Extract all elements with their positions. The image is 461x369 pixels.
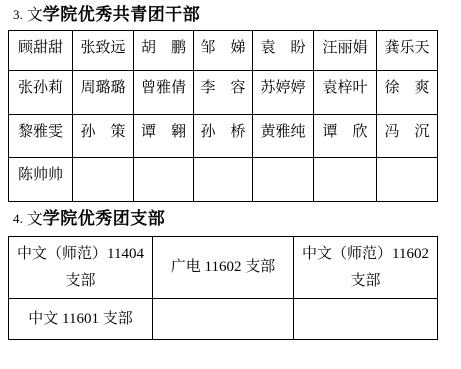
- table-cell: 周璐璐: [73, 71, 134, 115]
- section-4-title: 学院优秀团支部: [43, 209, 166, 229]
- table-cell: 黎雅雯: [9, 115, 73, 158]
- section-3-prefix: 文: [27, 7, 43, 24]
- table-cell: 袁梓叶: [314, 71, 377, 115]
- section-4-heading: 4.文学院优秀团支部: [13, 211, 165, 228]
- table-cell: 孙 策: [73, 115, 134, 158]
- table-cell: 顾甜甜: [9, 31, 73, 71]
- section-3-title: 学院优秀共青团干部: [43, 5, 201, 25]
- table-cell: 邹 娣: [194, 31, 253, 71]
- section-3-heading: 3.文学院优秀共青团干部: [13, 7, 200, 24]
- section-3-number: 3.: [13, 7, 23, 22]
- table-cell: 冯 沉: [377, 115, 438, 158]
- table-cell: 徐 爽: [377, 71, 438, 115]
- table-cell: 张孙莉: [9, 71, 73, 115]
- table-cell: 谭 欣: [314, 115, 377, 158]
- table-row: 中文 11601 支部: [9, 299, 438, 340]
- table-cell: 中文 11601 支部: [9, 299, 153, 340]
- league-branches-table: 中文（师范）11404 支部 广电 11602 支部 中文（师范）11602 支…: [8, 236, 438, 340]
- table-row: 陈帅帅: [9, 158, 438, 202]
- table-cell: 黄雅纯: [253, 115, 314, 158]
- table-row: 顾甜甜 张致远 胡 鹏 邹 娣 袁 盼 汪丽娟 龚乐天: [9, 31, 438, 71]
- table-cell: [134, 158, 194, 202]
- table-cell: 袁 盼: [253, 31, 314, 71]
- table-cell: [377, 158, 438, 202]
- document-page: { "page": { "background_color": "#ffffff…: [0, 0, 461, 369]
- table-cell: 胡 鹏: [134, 31, 194, 71]
- table-cell: 李 容: [194, 71, 253, 115]
- table-cell: 中文（师范）11602 支部: [294, 237, 438, 299]
- table-cell: [153, 299, 294, 340]
- table-row: 中文（师范）11404 支部 广电 11602 支部 中文（师范）11602 支…: [9, 237, 438, 299]
- table-cell: 张致远: [73, 31, 134, 71]
- table-cell: 龚乐天: [377, 31, 438, 71]
- section-4-number: 4.: [13, 211, 23, 226]
- table-cell: 广电 11602 支部: [153, 237, 294, 299]
- table-cell: 汪丽娟: [314, 31, 377, 71]
- table-cell: 中文（师范）11404 支部: [9, 237, 153, 299]
- table-row: 张孙莉 周璐璐 曾雅倩 李 容 苏婷婷 袁梓叶 徐 爽: [9, 71, 438, 115]
- table-cell: [294, 299, 438, 340]
- table-cell: 苏婷婷: [253, 71, 314, 115]
- table-cell: 孙 桥: [194, 115, 253, 158]
- table-row: 黎雅雯 孙 策 谭 翱 孙 桥 黄雅纯 谭 欣 冯 沉: [9, 115, 438, 158]
- table-cell: 曾雅倩: [134, 71, 194, 115]
- table-cell: [253, 158, 314, 202]
- table-cell: [73, 158, 134, 202]
- table-cell: [194, 158, 253, 202]
- table-cell: 陈帅帅: [9, 158, 73, 202]
- table-cell: [314, 158, 377, 202]
- table-cell: 谭 翱: [134, 115, 194, 158]
- cadres-table: 顾甜甜 张致远 胡 鹏 邹 娣 袁 盼 汪丽娟 龚乐天 张孙莉 周璐璐 曾雅倩 …: [8, 30, 438, 202]
- section-4-prefix: 文: [27, 211, 43, 228]
